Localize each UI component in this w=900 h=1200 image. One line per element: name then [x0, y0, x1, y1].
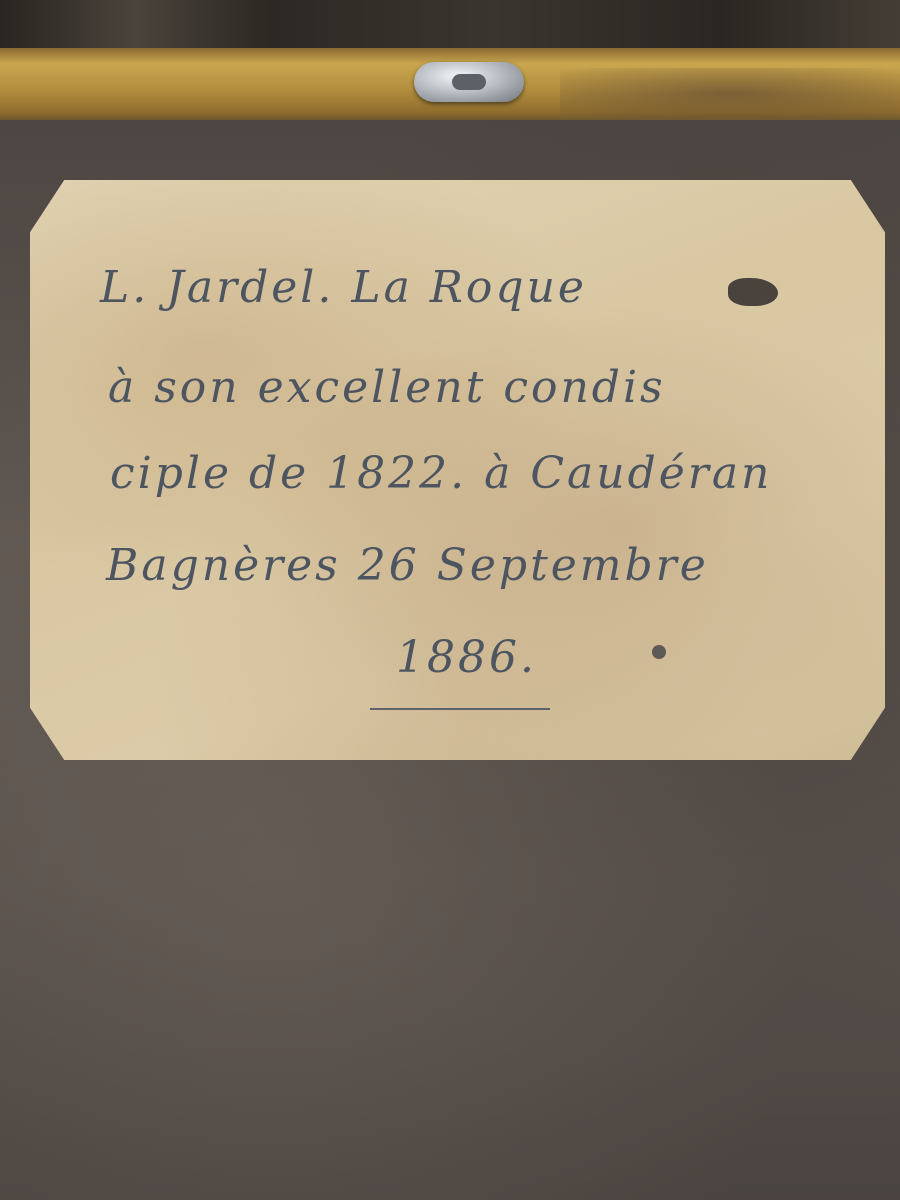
- label-line-1: L. Jardel. La Roque: [100, 262, 587, 313]
- hanging-hook-icon: [414, 62, 524, 102]
- label-line-2: à son excellent condis: [108, 362, 666, 413]
- ink-spot: [652, 645, 666, 659]
- label-tear: [728, 278, 778, 306]
- label-line-3: ciple de 1822. à Caudéran: [110, 448, 772, 499]
- underline-rule: [370, 708, 550, 710]
- label-line-4: Bagnères 26 Septembre: [106, 540, 709, 591]
- label-line-5-year: 1886.: [396, 632, 537, 683]
